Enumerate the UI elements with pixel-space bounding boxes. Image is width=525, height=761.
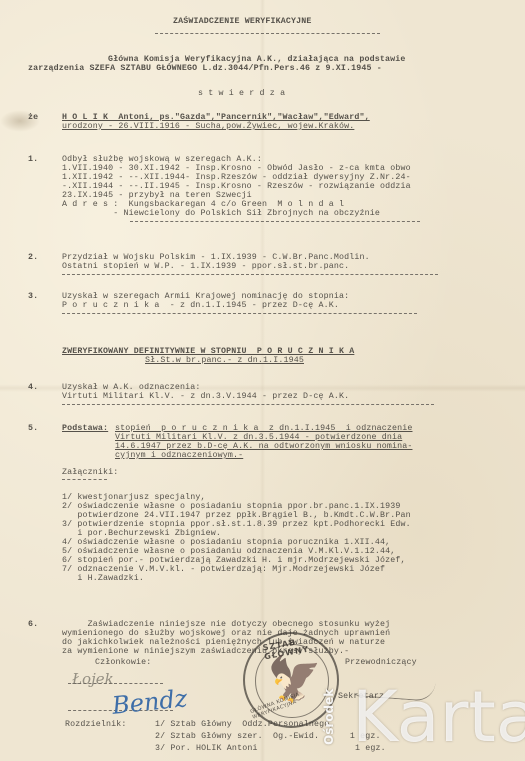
document-title: ZAŚWIADCZENIE WERYFIKACYJNE bbox=[173, 17, 311, 26]
section-divider bbox=[62, 313, 417, 314]
section-divider bbox=[62, 274, 438, 275]
section-1-line: -.XII.1944 - --.II.1945 - Insp.Krosno - … bbox=[62, 182, 411, 191]
section-6-line: Zaświadczenie niniejsze nie dotyczy obec… bbox=[62, 620, 390, 629]
verified-rank-line-2: Sł.St.w br.panc.- z dn.1.I.1945 bbox=[145, 356, 304, 365]
section-divider bbox=[130, 221, 420, 222]
watermark-brand: Karta bbox=[352, 682, 525, 752]
section-2-line: Ostatni stopień w W.P. - 1.IX.1939 - ppo… bbox=[62, 262, 349, 271]
section-4-line: Uzyskał w A.K. odznaczenia: bbox=[62, 383, 200, 392]
attachment-item: i H.Zawadzki. bbox=[62, 574, 144, 583]
distribution-label: Rozdzielnik: bbox=[65, 720, 127, 729]
section-4-line: Virtuti Militari Kl.V. - z dn.3.V.1944 -… bbox=[62, 392, 349, 401]
intro-line-1: Główna Komisja Weryfikacyjna A.K., dział… bbox=[108, 55, 405, 64]
section-1-line: 1.XII.1942 - --.XII.1944- Insp.Rzeszów -… bbox=[62, 173, 411, 182]
person-name-line: H O L I K Antoni, ps."Gazda","Pancernik"… bbox=[62, 113, 370, 122]
section-divider bbox=[62, 404, 434, 405]
distribution-item: 2/ Sztab Główny szer. Og.-Ewid. 1 egz. bbox=[155, 732, 381, 741]
stwierdza-heading: s t w i e r d z a bbox=[198, 89, 285, 98]
ze-label: że bbox=[28, 113, 38, 122]
attachment-item: 4/ oświadczenie własne o posiadaniu stop… bbox=[62, 538, 390, 547]
attachment-item: i por.Bechurzewski Zbigniew. bbox=[62, 529, 221, 538]
document-page: ZAŚWIADCZENIE WERYFIKACYJNE Główna Komis… bbox=[0, 0, 525, 761]
section-5-line: Virtuti Militari Kl.V. z dn.3.5.1944 - p… bbox=[115, 433, 402, 442]
attachments-divider bbox=[62, 479, 107, 480]
verified-rank-line-1: ZWERYFIKOWANY DEFINITYWNIE W STOPNIU P O… bbox=[62, 347, 354, 356]
section-1-line: Odbył służbę wojskową w szeregach A.K.: bbox=[62, 155, 262, 164]
section-1-line: - Niewcielony do Polskich Sił Zbrojnych … bbox=[62, 209, 380, 218]
attachment-item: 1/ kwestjonarjusz specjalny, bbox=[62, 493, 206, 502]
section-2-number: 2. bbox=[28, 253, 38, 262]
section-2-line: Przydział w Wojsku Polskim - 1.IX.1939 -… bbox=[62, 253, 370, 262]
attachments-label: Załączniki: bbox=[62, 468, 118, 477]
attachment-item: 7/ odznaczenie V.M.V.kl. - potwierdzają:… bbox=[62, 565, 385, 574]
intro-line-2: zarządzenia SZEFA SZTABU GŁÓWNEGO L.dz.3… bbox=[28, 64, 382, 73]
chairman-label: Przewodniczący bbox=[345, 658, 417, 667]
watermark-side-text: Ośrodek bbox=[322, 689, 336, 745]
section-1-line: 1.VII.1940 - 30.XI.1942 - Insp.Krosno - … bbox=[62, 164, 411, 173]
signature-1: Łojek bbox=[72, 670, 114, 688]
section-3-line: Uzyskał w szeregach Armii Krajowej nomin… bbox=[62, 292, 349, 301]
attachment-item: 3/ potwierdzenie stopnia ppor.sł.st.1.8.… bbox=[62, 520, 411, 529]
section-5-line: cyjnym i odznaczeniowym.- bbox=[115, 451, 243, 460]
section-3-line: P o r u c z n i k a - z dn.1.I.1945 - pr… bbox=[62, 301, 339, 310]
attachment-item: 6/ stopień por.- potwierdzają Zawadzki H… bbox=[62, 556, 406, 565]
section-5-number: 5. bbox=[28, 424, 38, 433]
section-5-line: 14.6.1947 przez b.D-cę A.K. na odtworzon… bbox=[115, 442, 412, 451]
birth-line: urodzony - 26.VIII.1916 - Sucha,pow.Żywi… bbox=[62, 122, 354, 131]
members-label: Członkowie: bbox=[95, 658, 151, 667]
section-3-number: 3. bbox=[28, 292, 38, 301]
section-5-line: stopień p o r u c z n i k a z dn.1.I.194… bbox=[115, 424, 412, 433]
section-1-line: A d r e s : Kungsbackaregan 4 c/o Green … bbox=[62, 200, 344, 209]
attachment-item: potwierdzone 24.VII.1947 przez ppłk.Brąg… bbox=[62, 511, 411, 520]
section-1-number: 1. bbox=[28, 155, 38, 164]
section-4-number: 4. bbox=[28, 383, 38, 392]
signature-2: Bendz bbox=[111, 684, 189, 720]
attachment-item: 2/ oświadczenie własne o posiadaniu stop… bbox=[62, 502, 401, 511]
section-6-number: 6. bbox=[28, 620, 38, 629]
podstawa-label: Podstawa: bbox=[62, 424, 108, 433]
section-1-line: 23.IX.1945 - przybył na teren Szwecji bbox=[62, 191, 252, 200]
attachment-item: 5/ oświadczenie własne o posiadaniu odzn… bbox=[62, 547, 395, 556]
section-6-line: wymienionego do służby wojskowej oraz ni… bbox=[62, 629, 390, 638]
title-divider bbox=[155, 33, 380, 34]
